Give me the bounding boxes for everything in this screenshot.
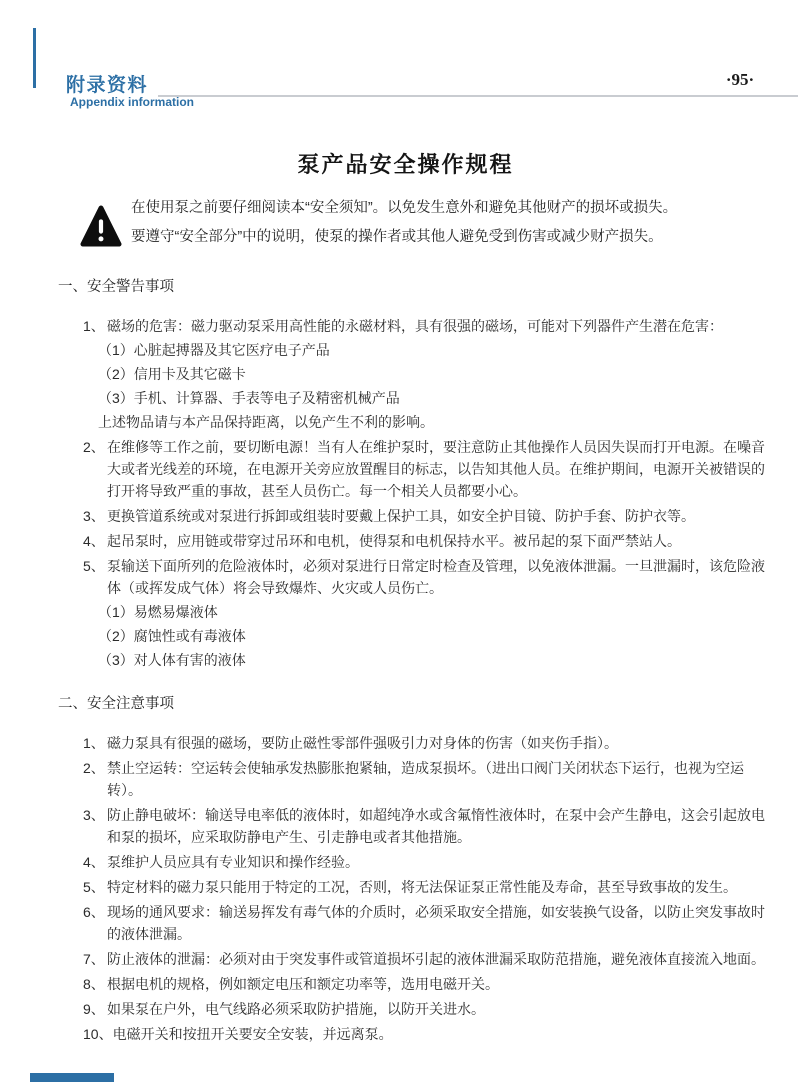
top-left-blue-mark (33, 28, 36, 88)
appendix-title-en: Appendix information (70, 95, 194, 109)
item-number: 1、 (83, 315, 107, 337)
list-item: 6、现场的通风要求：输送易挥发有毒气体的介质时，必须采取安全措施，如安装换气设备… (83, 901, 766, 945)
item-text: 电磁开关和按扭开关要安全安装，并远离泵。 (113, 1023, 766, 1045)
item-text: 禁止空运转：空运转会使轴承发热膨胀抱紧轴，造成泵损坏。（进出口阀门关闭状态下运行… (107, 757, 766, 801)
sub-item: （2）腐蚀性或有毒液体 (98, 625, 766, 647)
item-text: 在维修等工作之前，要切断电源！当有人在维护泵时，要注意防止其他操作人员因失误而打… (107, 436, 766, 502)
item-text: 泵维护人员应具有专业知识和操作经验。 (107, 851, 766, 873)
item-number: 5、 (83, 555, 107, 599)
sub-item: （3）手机、计算器、手表等电子及精密机械产品 (98, 387, 766, 409)
item-number: 8、 (83, 973, 107, 995)
sub-item: 上述物品请与本产品保持距离，以免产生不利的影响。 (98, 411, 766, 433)
item-number: 2、 (83, 436, 107, 502)
section: 二、安全注意事项 1、磁力泵具有很强的磁场，要防止磁性零部件强吸引力对身体的伤害… (58, 693, 766, 1045)
sub-item: （2）信用卡及其它磁卡 (98, 363, 766, 385)
item-number: 10、 (83, 1023, 113, 1045)
list-item: 5、特定材料的磁力泵只能用于特定的工况，否则，将无法保证泵正常性能及寿命，甚至导… (83, 876, 766, 898)
list-item: 8、根据电机的规格，例如额定电压和额定功率等，选用电磁开关。 (83, 973, 766, 995)
appendix-title-zh: 附录资料 (66, 70, 148, 97)
item-text: 起吊泵时，应用链或带穿过吊环和电机，使得泵和电机保持水平。被吊起的泵下面严禁站人… (107, 530, 766, 552)
item-text: 磁场的危害：磁力驱动泵采用高性能的永磁材料，具有很强的磁场，可能对下列器件产生潜… (107, 315, 766, 337)
list-item: 1、磁场的危害：磁力驱动泵采用高性能的永磁材料，具有很强的磁场，可能对下列器件产… (83, 315, 766, 337)
list-item: 9、如果泵在户外，电气线路必须采取防护措施，以防开关进水。 (83, 998, 766, 1020)
sub-item: （3）对人体有害的液体 (98, 649, 766, 671)
item-text: 防止液体的泄漏：必须对由于突发事件或管道损坏引起的液体泄漏采取防范措施，避免液体… (107, 948, 766, 970)
item-number: 3、 (83, 505, 107, 527)
page-title: 泵产品安全操作规程 (0, 148, 811, 179)
item-text: 磁力泵具有很强的磁场，要防止磁性零部件强吸引力对身体的伤害（如夹伤手指）。 (107, 732, 766, 754)
warning-block: 在使用泵之前要仔细阅读本“安全须知”。以免发生意外和避免其他财产的损坏或损失。 … (80, 194, 767, 252)
warning-triangle-icon (80, 203, 122, 249)
section-heading: 二、安全注意事项 (58, 693, 766, 715)
section-items: 1、磁场的危害：磁力驱动泵采用高性能的永磁材料，具有很强的磁场，可能对下列器件产… (58, 315, 766, 671)
warning-line: 要遵守“安全部分”中的说明，使泵的操作者或其他人避免受到伤害或减少财产损失。 (131, 223, 767, 252)
item-number: 6、 (83, 901, 107, 945)
item-number: 2、 (83, 757, 107, 801)
header-rule (158, 95, 798, 97)
warning-line: 在使用泵之前要仔细阅读本“安全须知”。以免发生意外和避免其他财产的损坏或损失。 (131, 194, 767, 223)
list-item: 1、磁力泵具有很强的磁场，要防止磁性零部件强吸引力对身体的伤害（如夹伤手指）。 (83, 732, 766, 754)
section-items: 1、磁力泵具有很强的磁场，要防止磁性零部件强吸引力对身体的伤害（如夹伤手指）。2… (58, 732, 766, 1045)
item-text: 特定材料的磁力泵只能用于特定的工况，否则，将无法保证泵正常性能及寿命，甚至导致事… (107, 876, 766, 898)
item-number: 3、 (83, 804, 107, 848)
section: 一、安全警告事项 1、磁场的危害：磁力驱动泵采用高性能的永磁材料，具有很强的磁场… (58, 276, 766, 671)
list-item: 10、电磁开关和按扭开关要安全安装，并远离泵。 (83, 1023, 766, 1045)
item-number: 4、 (83, 530, 107, 552)
sub-item: （1）易燃易爆液体 (98, 601, 766, 623)
item-number: 9、 (83, 998, 107, 1020)
document-page: 附录资料 Appendix information ·95· 泵产品安全操作规程… (0, 0, 811, 1092)
item-number: 5、 (83, 876, 107, 898)
item-number: 1、 (83, 732, 107, 754)
bottom-left-blue-mark (30, 1073, 114, 1082)
item-text: 如果泵在户外，电气线路必须采取防护措施，以防开关进水。 (107, 998, 766, 1020)
list-item: 7、防止液体的泄漏：必须对由于突发事件或管道损坏引起的液体泄漏采取防范措施，避免… (83, 948, 766, 970)
warning-text: 在使用泵之前要仔细阅读本“安全须知”。以免发生意外和避免其他财产的损坏或损失。 … (131, 194, 767, 252)
section-heading: 一、安全警告事项 (58, 276, 766, 298)
item-text: 根据电机的规格，例如额定电压和额定功率等，选用电磁开关。 (107, 973, 766, 995)
list-item: 3、防止静电破坏：输送导电率低的液体时，如超纯净水或含氟惰性液体时，在泵中会产生… (83, 804, 766, 848)
list-item: 3、更换管道系统或对泵进行拆卸或组装时要戴上保护工具，如安全护目镜、防护手套、防… (83, 505, 766, 527)
sub-item: （1）心脏起搏器及其它医疗电子产品 (98, 339, 766, 361)
list-item: 2、禁止空运转：空运转会使轴承发热膨胀抱紧轴，造成泵损坏。（进出口阀门关闭状态下… (83, 757, 766, 801)
item-number: 7、 (83, 948, 107, 970)
item-text: 泵输送下面所列的危险液体时，必须对泵进行日常定时检查及管理，以免液体泄漏。一旦泄… (107, 555, 766, 599)
item-number: 4、 (83, 851, 107, 873)
item-text: 防止静电破坏：输送导电率低的液体时，如超纯净水或含氟惰性液体时，在泵中会产生静电… (107, 804, 766, 848)
list-item: 4、起吊泵时，应用链或带穿过吊环和电机，使得泵和电机保持水平。被吊起的泵下面严禁… (83, 530, 766, 552)
item-text: 更换管道系统或对泵进行拆卸或组装时要戴上保护工具，如安全护目镜、防护手套、防护衣… (107, 505, 766, 527)
list-item: 4、泵维护人员应具有专业知识和操作经验。 (83, 851, 766, 873)
list-item: 5、泵输送下面所列的危险液体时，必须对泵进行日常定时检查及管理，以免液体泄漏。一… (83, 555, 766, 599)
page-number: ·95· (702, 70, 778, 90)
list-item: 2、在维修等工作之前，要切断电源！当有人在维护泵时，要注意防止其他操作人员因失误… (83, 436, 766, 502)
item-text: 现场的通风要求：输送易挥发有毒气体的介质时，必须采取安全措施，如安装换气设备，以… (107, 901, 766, 945)
sections: 一、安全警告事项 1、磁场的危害：磁力驱动泵采用高性能的永磁材料，具有很强的磁场… (58, 276, 766, 1045)
